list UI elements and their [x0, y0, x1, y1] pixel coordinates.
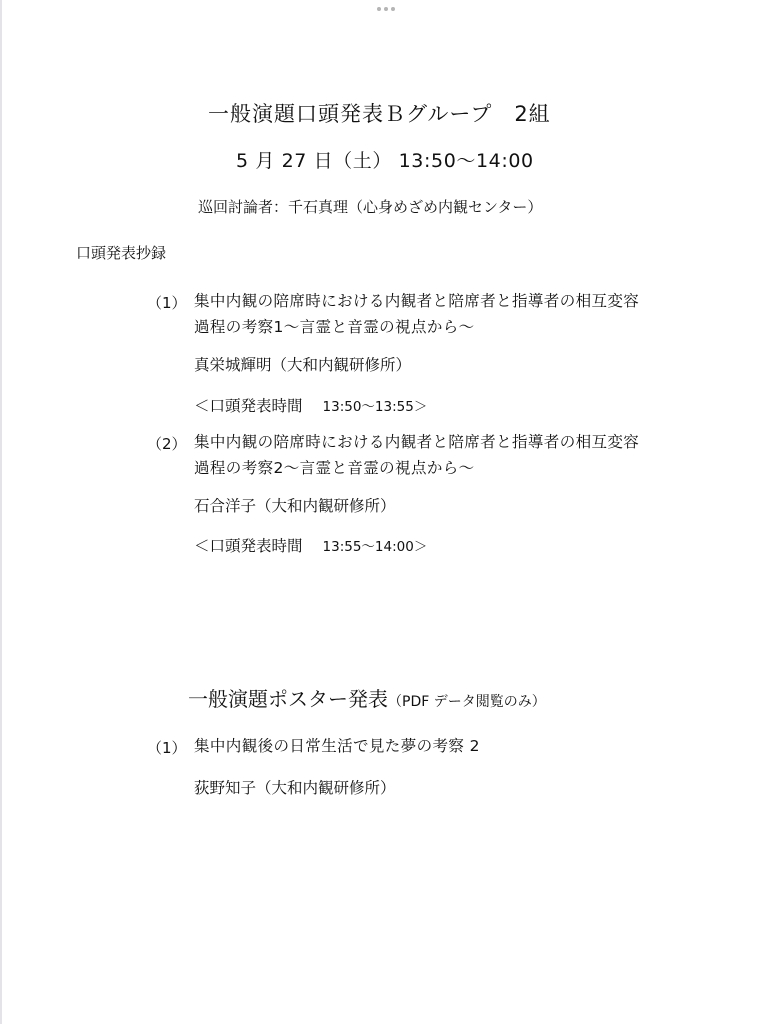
item-number: （1） [147, 737, 187, 758]
item-author: 荻野知子（大和内観研修所） [194, 776, 396, 798]
poster-title-sub: （PDF データ閲覧のみ） [388, 694, 546, 710]
poster-section-title: 一般演題ポスター発表（PDF データ閲覧のみ） [188, 683, 546, 712]
session-date: 5 月 27 日（土） 13:50〜14:00 [236, 146, 534, 173]
item-title-line1: 集中内観の陪席時における内観者と陪席者と指導者の相互変容 [194, 429, 639, 455]
more-horizontal-icon[interactable] [377, 7, 395, 11]
dot [377, 7, 381, 11]
time-value: 13:50〜13:55＞ [323, 399, 428, 415]
page-left-edge [0, 0, 2, 1024]
time-value: 13:55〜14:00＞ [323, 539, 428, 555]
section-label-oral: 口頭発表抄録 [76, 242, 166, 263]
item-author: 石合洋子（大和内観研修所） [194, 494, 396, 516]
poster-title-main: 一般演題ポスター発表 [188, 687, 388, 711]
time-label: ＜口頭発表時間 [194, 397, 303, 415]
item-author: 真栄城輝明（大和内観研修所） [194, 353, 411, 375]
time-label: ＜口頭発表時間 [194, 537, 303, 555]
item-number: （2） [147, 433, 187, 454]
item-time: ＜口頭発表時間13:50〜13:55＞ [194, 394, 427, 416]
item-time: ＜口頭発表時間13:55〜14:00＞ [194, 534, 427, 556]
item-title-line2: 過程の考察2〜言霊と音霊の視点から〜 [194, 455, 475, 481]
item-title-line1: 集中内観の陪席時における内観者と陪席者と指導者の相互変容 [194, 288, 639, 314]
item-number: （1） [147, 292, 187, 313]
discussant: 巡回討論者：千石真理（心身めざめ内観センター） [198, 196, 542, 217]
item-title: 集中内観後の日常生活で見た夢の考察 2 [194, 733, 480, 759]
page-title: 一般演題口頭発表Ｂグループ 2組 [208, 98, 551, 128]
item-title-line2: 過程の考察1〜言霊と音霊の視点から〜 [194, 314, 475, 340]
dot [384, 7, 388, 11]
dot [391, 7, 395, 11]
